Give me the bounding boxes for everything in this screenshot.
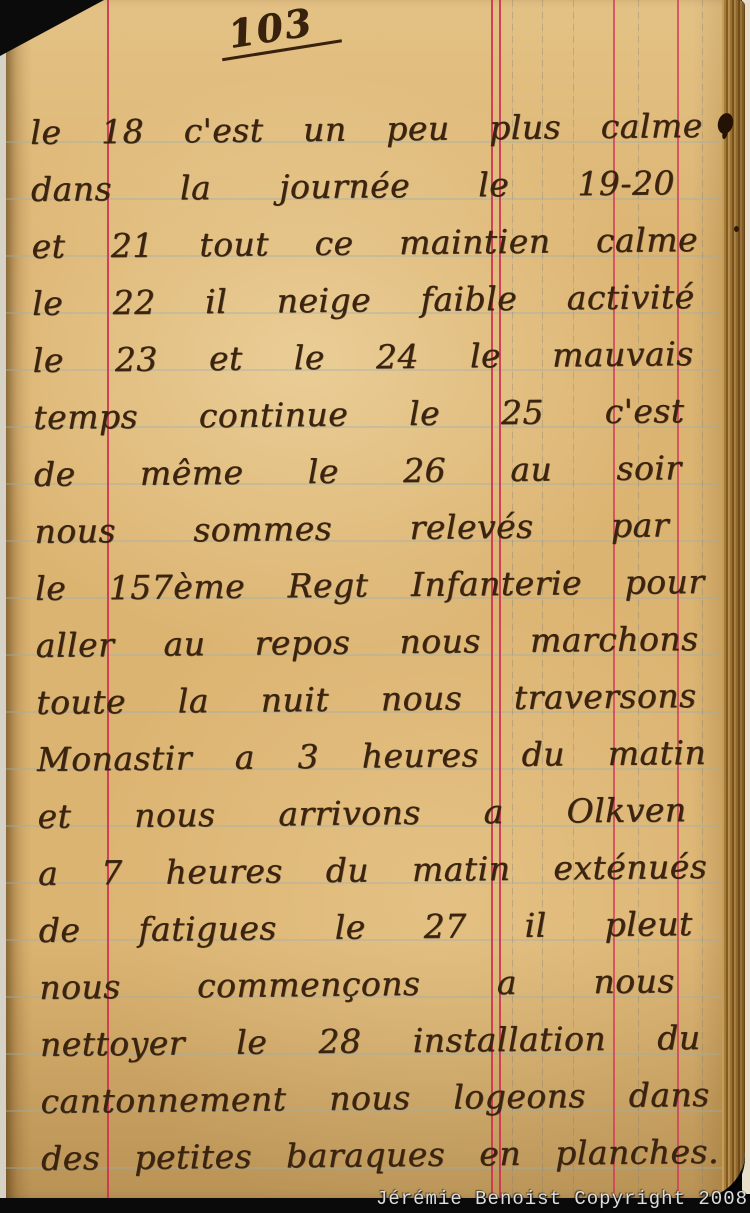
handwriting-word: 22 [112,274,156,331]
handwriting-word: le [35,560,67,617]
handwriting-word: 3 [297,728,319,785]
handwriting-word: peu [386,100,450,158]
handwriting-word: journée [279,157,411,215]
handwriting-word: exténués [553,838,707,897]
handwriting-word: du [521,725,565,782]
handwriting-word: Olkven [566,781,687,839]
handwriting-line: cantonnementnouslogeonsdans [40,1065,745,1129]
handwriting-word: 18 [101,103,145,160]
handwriting-word: commençons [197,955,421,1014]
handwriting-line: alleraureposnousmarchons [35,610,745,674]
handwriting-word: ce [314,215,354,272]
handwriting-word: a [234,729,255,786]
handwriting-word: 28 [318,1013,362,1070]
handwriting-word: 25 [501,384,545,441]
handwriting-word: repos [254,614,350,672]
handwriting-word: tout [199,216,269,274]
handwriting-word: plus [489,98,561,156]
handwritten-text: le18c'estunpeupluscalme danslajournéele1… [30,97,745,1187]
handwriting-word: et [31,218,65,275]
handwriting-word: le [470,327,502,384]
page-number: 103 [215,0,342,61]
handwriting-line: noussommesrelevéspar [34,496,745,560]
handwriting-word: heures [165,842,283,900]
handwriting-word: fatigues [138,899,277,957]
handwriting-word: 19-20 [577,154,675,212]
handwriting-word: c'est [604,382,684,440]
handwriting-word: soir [616,439,682,497]
handwriting-word: 27 [423,897,467,954]
handwriting-word: nous [34,502,116,560]
paper-surface: 103 le18c'estunpeupluscalme danslajourné… [6,0,722,1198]
handwriting-word: en [479,1125,521,1182]
handwriting-word: par [611,496,670,554]
handwriting-word: le [478,156,510,213]
handwriting-word: même [139,444,243,502]
handwriting-word: Regt [287,556,368,614]
handwriting-word: au [163,615,206,672]
handwriting-line: et21toutcemaintiencalme [31,211,744,275]
handwriting-word: du [657,1009,701,1066]
handwriting-word: le [307,443,339,500]
handwriting-word: logeons [453,1067,586,1125]
handwriting-word: a [483,783,504,840]
handwriting-line: le157èmeRegtInfanteriepour [35,553,745,617]
handwriting-line: defatiguesle27ilpleut [38,895,745,959]
handwriting-word: le [409,385,441,442]
handwriting-word: un [303,101,347,158]
handwriting-line: danslajournéele19-20 [31,154,744,218]
copyright-watermark: Jérémie Benoist Copyright 2008 [0,1188,748,1210]
handwriting-word: mauvais [552,325,694,383]
handwriting-word: 21 [111,217,155,274]
handwriting-line: le22ilneigefaibleactivité [32,268,745,332]
handwriting-word: de [34,446,76,503]
handwriting-word: du [325,841,369,898]
handwriting-word: faible [420,270,517,328]
handwriting-word: le [236,1014,268,1071]
handwriting-word: de [38,902,80,959]
handwriting-word: 157ème [108,558,245,616]
handwriting-word: temps [33,388,138,446]
handwriting-word: des [41,1129,101,1187]
handwriting-word: calme [596,211,699,269]
handwriting-word: Infanterie [411,554,583,613]
handwriting-line: nettoyerle28installationdu [40,1008,745,1072]
handwriting-line: nouscommençonsanous [39,951,745,1015]
ink-speck [734,226,739,232]
handwriting-word: le [32,332,64,389]
handwriting-word: le [32,275,64,332]
handwriting-word: il [524,897,547,954]
handwriting-word: nous [399,612,481,670]
handwriting-word: le [293,329,325,386]
handwriting-word: marchons [530,610,699,669]
handwriting-word: nous [39,958,121,1016]
handwriting-word: activité [566,268,695,326]
page-number-text: 103 [215,0,342,61]
handwriting-word: et [37,788,71,845]
scanned-diary-photo: 103 le18c'estunpeupluscalme danslajourné… [0,0,750,1213]
handwriting-word: installation [412,1010,606,1069]
handwriting-word: nous [329,1069,411,1127]
handwriting-word: il [205,273,228,330]
handwriting-line: etnousarrivonsaOlkven [37,781,745,845]
handwriting-word: nous [593,952,675,1010]
handwriting-word: toute [36,673,126,731]
handwriting-word: dans [31,160,113,218]
handwriting-word: 7 [101,844,123,901]
handwriting-word: arrivons [278,784,421,842]
handwriting-word: relevés [409,498,534,556]
handwriting-word: neige [276,271,371,329]
handwriting-line: le18c'estunpeupluscalme [30,97,743,161]
handwriting-word: traversons [514,667,697,726]
handwriting-word: sommes [193,500,332,558]
handwriting-word: nous [134,786,216,844]
handwriting-word: 23 [115,331,159,388]
handwriting-word: planches. [555,1123,719,1182]
handwriting-word: nettoyer [40,1014,186,1073]
handwriting-word: le [30,104,62,161]
handwriting-line: despetitesbaraquesenplanches. [41,1122,745,1186]
handwriting-word: au [510,441,553,498]
stacked-page-edges [722,0,745,1198]
handwriting-word: cantonnement [40,1070,287,1130]
handwriting-line: a7heuresdumatinexténués [38,838,745,902]
handwriting-word: aller [35,616,114,674]
handwriting-word: matin [607,724,706,782]
handwriting-word: la [180,159,212,216]
handwriting-word: heures [361,726,479,784]
handwriting-word: a [38,845,59,902]
handwriting-word: 26 [403,442,447,499]
handwriting-line: toutelanuitnoustraversons [36,667,745,731]
handwriting-line: le23etle24lemauvais [32,325,745,389]
handwriting-word: Monastir [37,729,193,788]
handwriting-word: matin [412,840,511,898]
handwriting-word: continue [198,386,348,445]
handwriting-line: demêmele26ausoir [34,439,745,503]
handwriting-word: a [496,954,517,1011]
handwriting-word: pour [624,553,705,611]
handwriting-line: Monastira3heuresdumatin [37,724,745,788]
handwriting-word: maintien [399,213,551,272]
handwriting-word: nous [380,670,462,728]
handwriting-word: le [334,899,366,956]
handwriting-line: tempscontinuele25c'est [33,382,745,446]
handwriting-word: calme [600,97,703,155]
handwriting-word: nuit [260,671,329,729]
handwriting-word: 24 [376,328,420,385]
handwriting-word: et [209,330,243,387]
handwriting-word: baraques [286,1126,446,1185]
handwriting-word: pleut [604,895,693,953]
handwriting-word: c'est [183,102,263,160]
handwriting-word: la [177,672,209,729]
handwriting-word: dans [628,1066,710,1124]
notebook-page: 103 le18c'estunpeupluscalme danslajourné… [6,0,745,1198]
handwriting-word: petites [134,1128,252,1186]
